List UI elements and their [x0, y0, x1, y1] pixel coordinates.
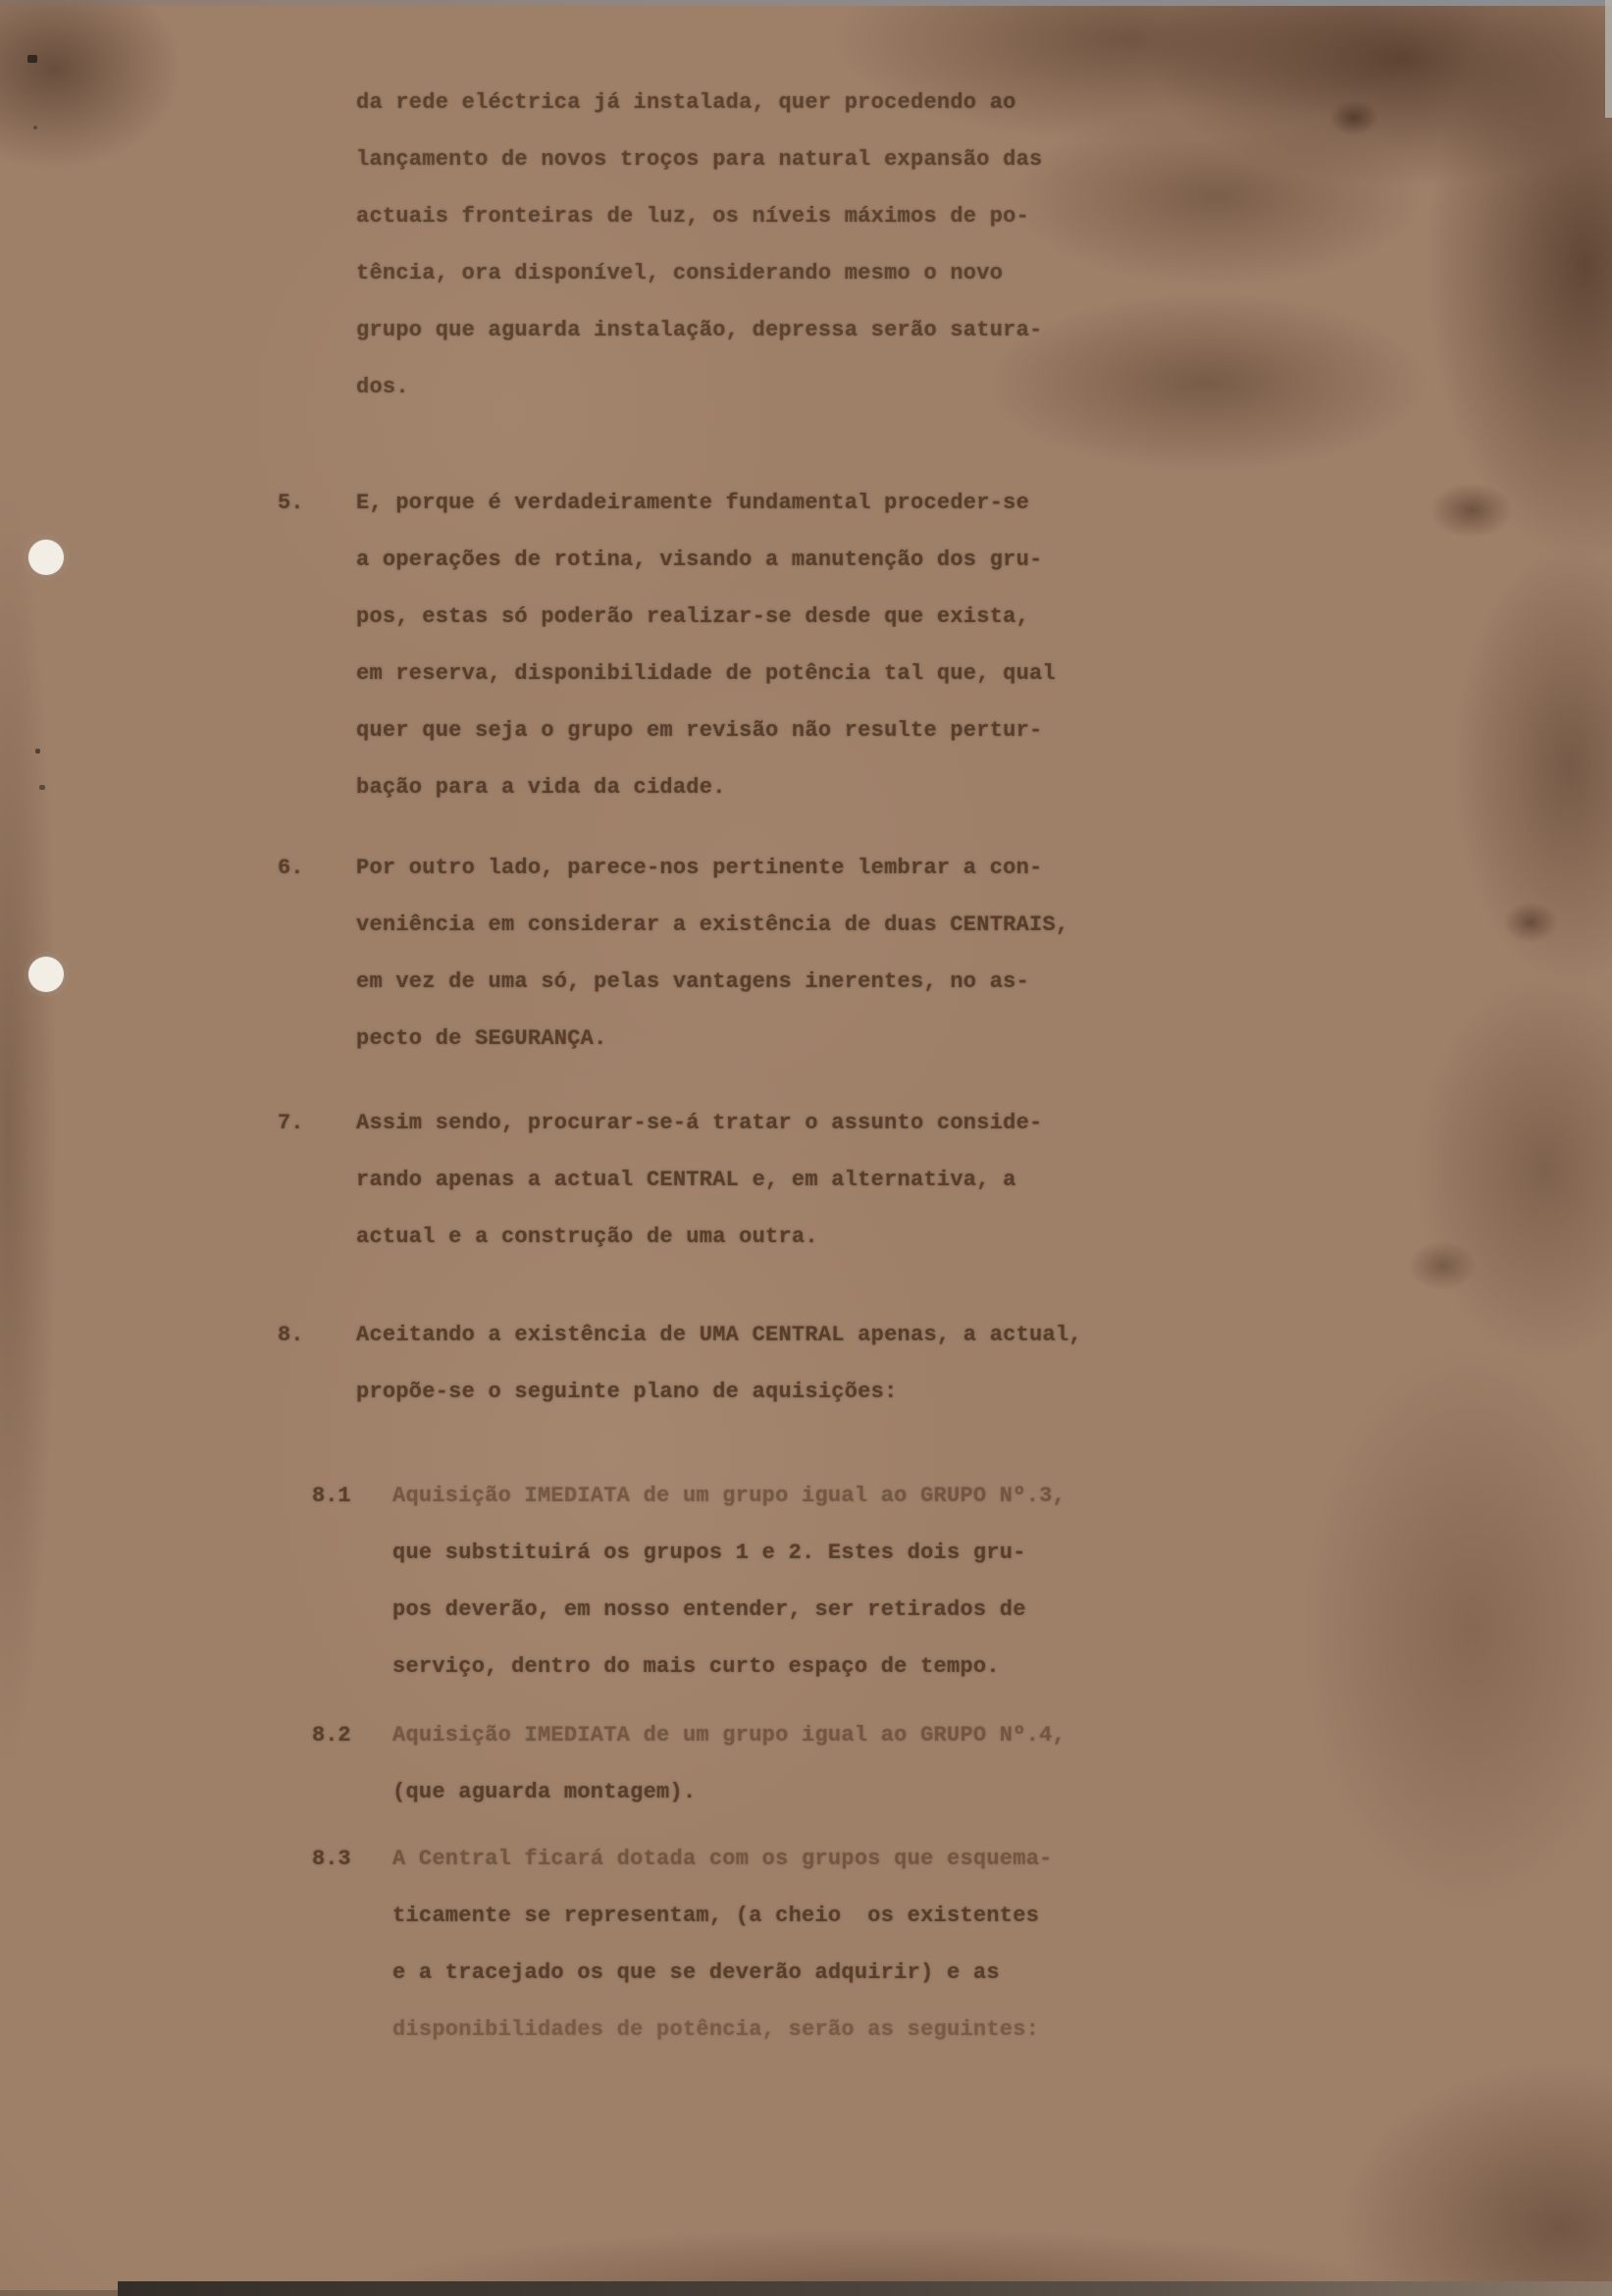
text-line: bação para a vida da cidade.	[356, 759, 1056, 816]
subitem-8-1: 8.1 Aquisição IMEDIATA de um grupo igual…	[392, 1468, 1066, 1696]
text-line: propõe-se o seguinte plano de aquisições…	[356, 1364, 1082, 1421]
text-line: grupo que aguarda instalação, depressa s…	[356, 302, 1043, 359]
scan-edge-bottom	[118, 2281, 1612, 2296]
text-line: lançamento de novos troços para natural …	[356, 131, 1043, 188]
subitem-8-3: 8.3 A Central ficará dotada com os grupo…	[392, 1831, 1053, 2059]
text-line: pos deverão, em nosso entender, ser reti…	[392, 1582, 1066, 1639]
text-line: serviço, dentro do mais curto espaço de …	[392, 1639, 1066, 1696]
text-line: da rede eléctrica já instalada, quer pro…	[356, 75, 1043, 131]
text-line: Assim sendo, procurar-se-á tratar o assu…	[356, 1095, 1043, 1152]
item-number: 5.	[278, 475, 303, 532]
punch-hole	[28, 540, 64, 575]
text-line: a operações de rotina, visando a manuten…	[356, 532, 1056, 589]
ink-speck	[27, 55, 37, 63]
scan-edge-top	[0, 0, 1612, 6]
item-7: 7. Assim sendo, procurar-se-á tratar o a…	[356, 1095, 1043, 1266]
text-line: Aceitando a existência de UMA CENTRAL ap…	[356, 1307, 1082, 1364]
item-8: 8. Aceitando a existência de UMA CENTRAL…	[356, 1307, 1082, 1421]
subitem-number: 8.3	[312, 1831, 351, 1888]
text-line: pecto de SEGURANÇA.	[356, 1011, 1068, 1068]
continuation-paragraph: da rede eléctrica já instalada, quer pro…	[356, 75, 1043, 416]
subitem-number: 8.2	[312, 1707, 351, 1764]
text-line: actuais fronteiras de luz, os níveis máx…	[356, 188, 1043, 245]
text-line: em reserva, disponibilidade de potência …	[356, 646, 1056, 703]
text-line: que substituirá os grupos 1 e 2. Estes d…	[392, 1525, 1066, 1582]
text-line: tência, ora disponível, considerando mes…	[356, 245, 1043, 302]
scanned-document-page: da rede eléctrica já instalada, quer pro…	[0, 0, 1612, 2296]
ink-speck	[39, 785, 45, 790]
item-number: 6.	[278, 840, 303, 897]
scan-edge-bottom-left	[0, 2290, 118, 2296]
text-line: quer que seja o grupo em revisão não res…	[356, 703, 1056, 759]
text-line: Aquisição IMEDIATA de um grupo igual ao …	[392, 1468, 1066, 1525]
ink-speck	[35, 749, 40, 754]
text-line: em vez de uma só, pelas vantagens ineren…	[356, 954, 1068, 1011]
text-line: A Central ficará dotada com os grupos qu…	[392, 1831, 1053, 1888]
text-line: ticamente se representam, (a cheio os ex…	[392, 1888, 1053, 1945]
text-line: rando apenas a actual CENTRAL e, em alte…	[356, 1152, 1043, 1209]
text-line: veniência em considerar a existência de …	[356, 897, 1068, 954]
item-number: 8.	[278, 1307, 303, 1364]
punch-hole	[28, 957, 64, 992]
text-line: actual e a construção de uma outra.	[356, 1209, 1043, 1266]
item-6: 6. Por outro lado, parece-nos pertinente…	[356, 840, 1068, 1068]
subitem-8-2: 8.2 Aquisição IMEDIATA de um grupo igual…	[392, 1707, 1066, 1821]
text-line: Por outro lado, parece-nos pertinente le…	[356, 840, 1068, 897]
text-line: disponibilidades de potência, serão as s…	[392, 2002, 1053, 2059]
text-line: dos.	[356, 359, 1043, 416]
text-line: pos, estas só poderão realizar-se desde …	[356, 589, 1056, 646]
item-number: 7.	[278, 1095, 303, 1152]
subitem-number: 8.1	[312, 1468, 351, 1525]
item-5: 5. E, porque é verdadeiramente fundament…	[356, 475, 1056, 816]
ink-speck	[33, 126, 37, 130]
text-line: e a tracejado os que se deverão adquirir…	[392, 1945, 1053, 2002]
text-line: E, porque é verdadeiramente fundamental …	[356, 475, 1056, 532]
scan-edge-right	[1605, 0, 1612, 118]
text-line: Aquisição IMEDIATA de um grupo igual ao …	[392, 1707, 1066, 1764]
text-line: (que aguarda montagem).	[392, 1764, 1066, 1821]
